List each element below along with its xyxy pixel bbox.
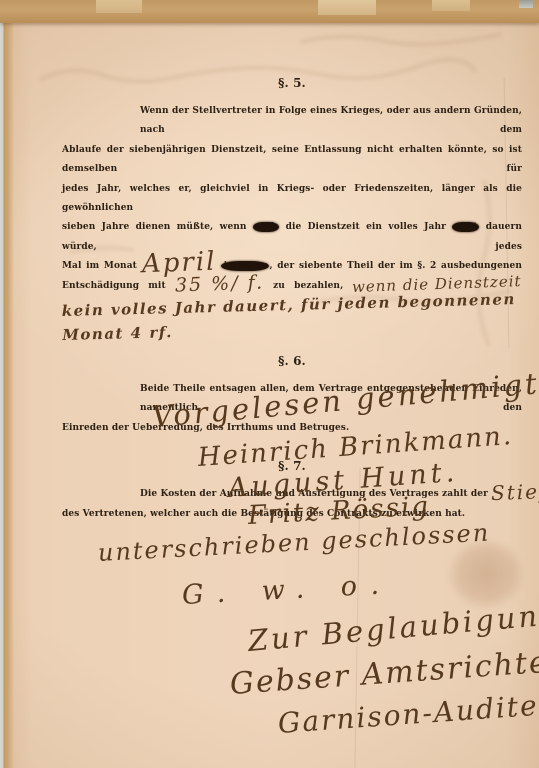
printed-text: die Dienstzeit ein volles Jahr xyxy=(286,222,446,232)
page-top-edge xyxy=(0,0,539,23)
paragraph-5-line: sieben Jahre dienen müßte, wenn auch die… xyxy=(62,218,522,257)
printed-text: Mal im Monat xyxy=(62,261,137,271)
printed-text: Entschädigung mit xyxy=(62,281,166,291)
document-page: §. 5. Wenn der Stellvertreter in Folge e… xyxy=(0,0,539,768)
handwritten-month: April xyxy=(141,261,216,266)
handwritten-amount: 35 %/ f. xyxy=(175,282,264,287)
scanned-document: §. 5. Wenn der Stellvertreter in Folge e… xyxy=(0,0,539,768)
inked-out-word: auch xyxy=(253,222,279,232)
printed-text: , der siebente Theil der im §. 2 ausbedu… xyxy=(269,261,522,271)
printed-text: sieben Jahre dienen müßte, wenn xyxy=(62,222,247,232)
printed-text: zu bezahlen, xyxy=(273,281,343,291)
inked-out-word: nicht xyxy=(452,222,479,232)
handwritten-payer: Stiefvater xyxy=(491,488,539,494)
paragraph-5-line: jedes Jahr, welches er, gleichviel in Kr… xyxy=(62,180,522,219)
page-left-edge xyxy=(0,0,14,768)
paragraph-5-line: Wenn der Stellvertreter in Folge eines K… xyxy=(62,102,522,141)
inked-out-word: im Voraus xyxy=(221,261,270,271)
section-heading-5: §. 5. xyxy=(62,76,522,91)
section-heading-6: §. 6. xyxy=(62,354,522,369)
paragraph-5-line: Ablaufe der siebenjährigen Dienstzeit, s… xyxy=(62,141,522,180)
